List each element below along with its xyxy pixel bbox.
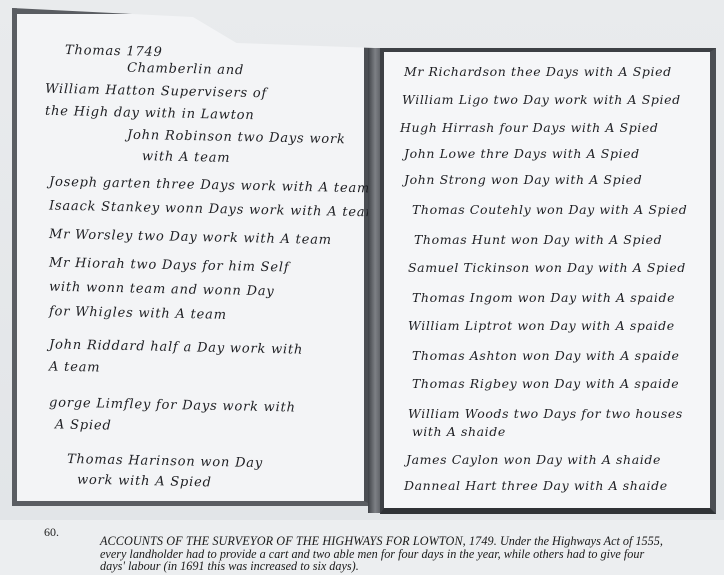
handwritten-line: Thomas Rigbey won Day with A spaide <box>412 376 679 391</box>
handwritten-line: Thomas 1749 <box>65 43 163 60</box>
handwritten-line: Thomas Harinson won Day <box>67 452 263 471</box>
handwritten-line: for Whigles with A team <box>49 304 227 323</box>
figure-caption: ACCOUNTS OF THE SURVEYOR OF THE HIGHWAYS… <box>100 535 670 573</box>
handwritten-line: Hugh Hirrash four Days with A Spied <box>400 120 659 135</box>
handwritten-line: the High day with in Lawton <box>45 104 255 123</box>
handwritten-line: Chamberlin and <box>127 61 244 78</box>
handwritten-line: Joseph garten three Days work with A tea… <box>49 175 370 197</box>
handwritten-line: Samuel Tickinson won Day with A Spied <box>408 260 686 275</box>
handwritten-line: Mr Worsley two Day work with A team <box>49 227 332 248</box>
handwritten-line: William Liptrot won Day with A spaide <box>408 318 675 333</box>
handwritten-line: William Ligo two Day work with A Spied <box>402 92 681 107</box>
left-manuscript-page: Thomas 1749Chamberlin andWilliam Hatton … <box>12 8 374 506</box>
handwritten-line: Mr Hiorah two Days for him Self <box>49 255 290 275</box>
handwritten-line: Danneal Hart three Day with A shaide <box>404 478 668 493</box>
handwritten-line: John Robinson two Days work <box>127 128 346 148</box>
handwritten-line: with A shaide <box>412 424 506 439</box>
handwritten-line: John Lowe thre Days with A Spied <box>404 146 640 161</box>
handwritten-line: Mr Richardson thee Days with A Spied <box>404 64 672 79</box>
handwritten-line: work with A Spied <box>77 473 212 491</box>
handwritten-line: A Spied <box>55 417 112 433</box>
handwritten-line: Thomas Coutehly won Day with A Spied <box>412 202 687 217</box>
handwritten-line: gorge Limfley for Days work with <box>49 395 296 415</box>
handwritten-line: James Caylon won Day with A shaide <box>406 452 661 467</box>
figure-number: 60. <box>44 525 59 540</box>
handwritten-line: William Hatton Supervisers of <box>45 82 267 102</box>
handwritten-line: Thomas Hunt won Day with A Spied <box>414 232 662 247</box>
handwritten-line: Isaack Stankey wonn Days work with A tea… <box>49 199 379 221</box>
handwritten-line: Thomas Ingom won Day with A spaide <box>412 290 675 305</box>
manuscript-photograph: Thomas 1749Chamberlin andWilliam Hatton … <box>0 0 724 520</box>
handwritten-line: with wonn team and wonn Day <box>49 280 275 300</box>
handwritten-line: A team <box>49 359 101 375</box>
right-manuscript-page: Mr Richardson thee Days with A SpiedWill… <box>380 48 716 514</box>
handwritten-line: John Strong won Day with A Spied <box>404 172 642 187</box>
handwritten-line: William Woods two Days for two houses <box>408 406 683 421</box>
handwritten-line: John Riddard half a Day work with <box>49 337 303 357</box>
handwritten-line: with A team <box>142 149 231 166</box>
handwritten-line: Thomas Ashton won Day with A spaide <box>412 348 679 363</box>
